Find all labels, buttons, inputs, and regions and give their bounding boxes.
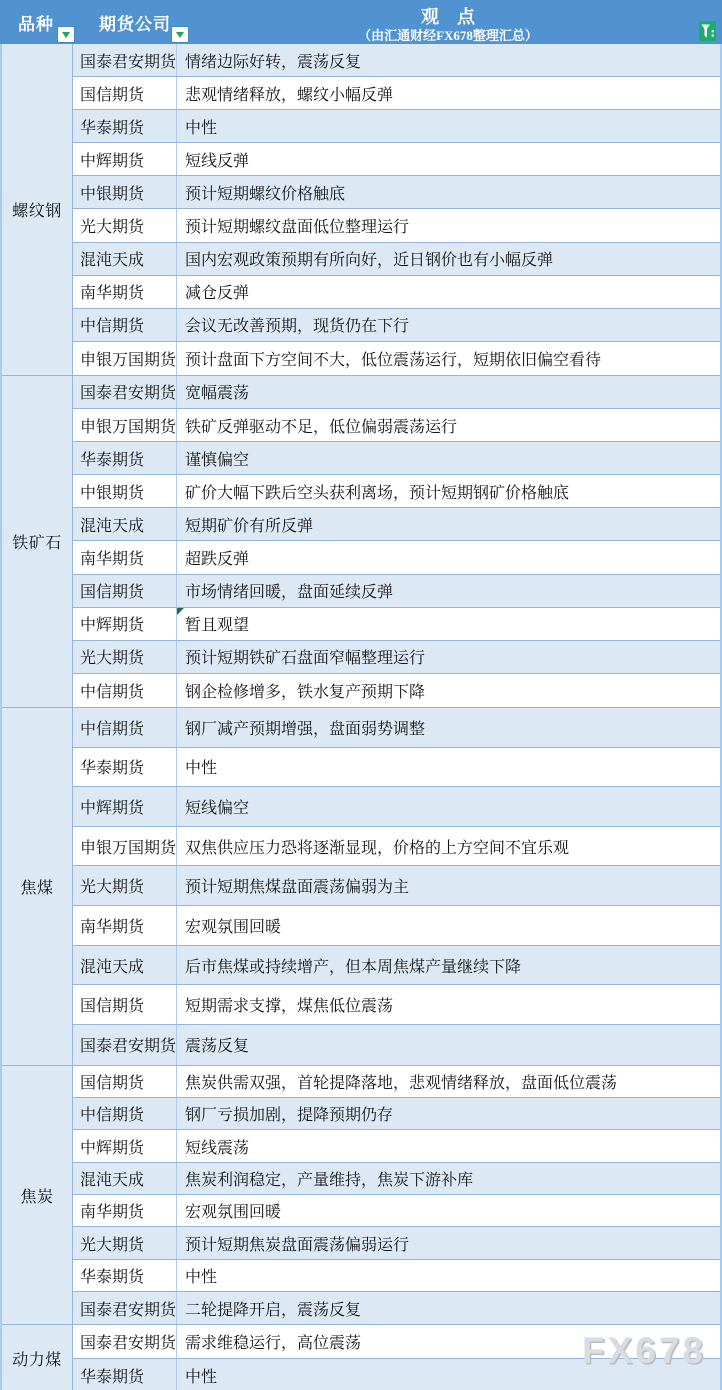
opinion-cell: 会议无改善预期，现货仍在下行 <box>177 309 720 341</box>
table-row: 光大期货预计短期焦炭盘面震荡偏弱运行 <box>73 1227 720 1259</box>
company-cell: 南华期货 <box>73 906 177 945</box>
opinion-cell: 情绪边际好转，震荡反复 <box>177 44 720 76</box>
opinion-cell: 悲观情绪释放，螺纹小幅反弹 <box>177 77 720 109</box>
variety-filter-dropdown-button[interactable] <box>58 27 74 42</box>
section-rows: 中信期货钢厂减产预期增强，盘面弱势调整华泰期货中性中辉期货短线偏空申银万国期货双… <box>73 708 720 1065</box>
table-row: 国信期货市场情绪回暖，盘面延续反弹 <box>73 575 720 608</box>
company-cell: 中银期货 <box>73 176 177 208</box>
company-cell: 中辉期货 <box>73 143 177 175</box>
opinion-cell: 宽幅震荡 <box>177 376 720 408</box>
variety-column-header: 品种 <box>18 10 54 35</box>
variety-cell: 动力煤 <box>2 1325 73 1390</box>
company-cell: 国泰君安期货 <box>73 44 177 76</box>
table-row: 国泰君安期货二轮提降开启，震荡反复 <box>73 1292 720 1324</box>
company-column-header: 期货公司 <box>99 10 171 35</box>
opinion-cell: 中性 <box>177 748 720 787</box>
opinion-cell: 宏观氛围回暖 <box>177 1195 720 1226</box>
futures-opinions-spreadsheet: 品种 期货公司 观 点 （由汇通财经FX678整理汇总） 螺纹钢国泰君安期货情绪… <box>0 0 722 1390</box>
table-row: 光大期货预计短期铁矿石盘面窄幅整理运行 <box>73 641 720 674</box>
table-row: 中信期货会议无改善预期，现货仍在下行 <box>73 309 720 342</box>
opinion-cell: 市场情绪回暖，盘面延续反弹 <box>177 575 720 607</box>
table-row: 中银期货矿价大幅下跌后空头获利离场，预计短期钢矿价格触底 <box>73 475 720 508</box>
opinion-cell: 震荡反复 <box>177 1025 720 1065</box>
opinion-cell: 短线震荡 <box>177 1130 720 1161</box>
company-cell: 中辉期货 <box>73 608 177 640</box>
table-row: 混沌天成国内宏观政策预期有所向好，近日钢价也有小幅反弹 <box>73 243 720 276</box>
company-cell: 光大期货 <box>73 1227 177 1258</box>
cell-comment-indicator <box>177 608 184 615</box>
opinion-column-subtitle: （由汇通财经FX678整理汇总） <box>178 25 718 44</box>
company-cell: 国泰君安期货 <box>73 376 177 408</box>
opinion-cell: 铁矿反弹驱动不足，低位偏弱震荡运行 <box>177 409 720 441</box>
table-row: 国信期货焦炭供需双强，首轮提降落地，悲观情绪释放，盘面低位震荡 <box>73 1066 720 1098</box>
table-row: 南华期货减仓反弹 <box>73 276 720 309</box>
commodity-section: 动力煤国泰君安期货需求维稳运行，高位震荡华泰期货中性 <box>2 1325 720 1390</box>
opinion-cell: 预计盘面下方空间不大，低位震荡运行，短期依旧偏空看待 <box>177 342 720 375</box>
table-row: 南华期货宏观氛围回暖 <box>73 906 720 946</box>
variety-label: 螺纹钢 <box>12 198 62 221</box>
company-cell: 申银万国期货 <box>73 342 177 375</box>
table-row: 华泰期货中性 <box>73 748 720 788</box>
company-cell: 南华期货 <box>73 541 177 573</box>
company-cell: 华泰期货 <box>73 748 177 787</box>
table-row: 中信期货钢企检修增多，铁水复产预期下降 <box>73 674 720 707</box>
opinion-cell: 超跌反弹 <box>177 541 720 573</box>
opinion-cell: 预计短期焦炭盘面震荡偏弱运行 <box>177 1227 720 1258</box>
company-cell: 申银万国期货 <box>73 409 177 441</box>
table-row: 国信期货短期需求支撑，煤焦低位震荡 <box>73 985 720 1025</box>
table-row: 中辉期货短线反弹 <box>73 143 720 176</box>
variety-label: 动力煤 <box>12 1347 62 1370</box>
table-row: 申银万国期货铁矿反弹驱动不足，低位偏弱震荡运行 <box>73 409 720 442</box>
opinion-cell: 中性 <box>177 1359 720 1390</box>
company-cell: 国泰君安期货 <box>73 1025 177 1065</box>
opinion-cell: 焦炭利润稳定，产量维持，焦炭下游补库 <box>177 1163 720 1194</box>
opinion-cell: 预计短期铁矿石盘面窄幅整理运行 <box>177 641 720 673</box>
company-cell: 国信期货 <box>73 1066 177 1097</box>
table-row: 中信期货钢厂亏损加剧，提降预期仍存 <box>73 1098 720 1130</box>
company-cell: 中信期货 <box>73 309 177 341</box>
table-row: 混沌天成短期矿价有所反弹 <box>73 508 720 541</box>
opinion-cell: 需求维稳运行，高位震荡 <box>177 1325 720 1358</box>
commodity-section: 焦炭国信期货焦炭供需双强，首轮提降落地，悲观情绪释放，盘面低位震荡中信期货钢厂亏… <box>2 1066 720 1326</box>
opinion-cell: 后市焦煤或持续增产，但本周焦煤产量继续下降 <box>177 946 720 985</box>
variety-cell: 焦煤 <box>2 708 73 1065</box>
company-cell: 南华期货 <box>73 1195 177 1226</box>
opinion-cell: 中性 <box>177 1260 720 1291</box>
company-cell: 中信期货 <box>73 1098 177 1129</box>
opinion-cell: 宏观氛围回暖 <box>177 906 720 945</box>
table-row: 中辉期货暂且观望 <box>73 608 720 641</box>
company-cell: 中信期货 <box>73 674 177 707</box>
company-cell: 中信期货 <box>73 708 177 747</box>
opinion-cell: 短线偏空 <box>177 787 720 826</box>
company-cell: 混沌天成 <box>73 946 177 985</box>
opinion-cell: 短期需求支撑，煤焦低位震荡 <box>177 985 720 1024</box>
company-cell: 华泰期货 <box>73 442 177 474</box>
table-header: 品种 期货公司 观 点 （由汇通财经FX678整理汇总） <box>0 0 722 44</box>
opinion-cell: 双焦供应压力恐将逐渐显现，价格的上方空间不宜乐观 <box>177 827 720 866</box>
opinion-cell: 矿价大幅下跌后空头获利离场，预计短期钢矿价格触底 <box>177 475 720 507</box>
variety-cell: 铁矿石 <box>2 376 73 707</box>
table-row: 中辉期货短线偏空 <box>73 787 720 827</box>
table-filter-button[interactable] <box>699 21 716 41</box>
chevron-down-icon <box>62 32 70 38</box>
table-row: 混沌天成焦炭利润稳定，产量维持，焦炭下游补库 <box>73 1163 720 1195</box>
table-row: 申银万国期货预计盘面下方空间不大，低位震荡运行，短期依旧偏空看待 <box>73 342 720 375</box>
table-row: 国泰君安期货情绪边际好转，震荡反复 <box>73 44 720 77</box>
table-row: 南华期货宏观氛围回暖 <box>73 1195 720 1227</box>
opinion-cell: 暂且观望 <box>177 608 720 640</box>
company-cell: 国信期货 <box>73 985 177 1024</box>
variety-cell: 螺纹钢 <box>2 44 73 375</box>
company-cell: 光大期货 <box>73 866 177 905</box>
company-cell: 南华期货 <box>73 276 177 308</box>
table-row: 国信期货悲观情绪释放，螺纹小幅反弹 <box>73 77 720 110</box>
section-rows: 国泰君安期货需求维稳运行，高位震荡华泰期货中性 <box>73 1325 720 1390</box>
table-row: 华泰期货中性 <box>73 1359 720 1390</box>
company-cell: 国信期货 <box>73 575 177 607</box>
table-row: 华泰期货谨慎偏空 <box>73 442 720 475</box>
variety-label: 铁矿石 <box>12 530 62 553</box>
table-row: 国泰君安期货需求维稳运行，高位震荡 <box>73 1325 720 1359</box>
opinion-cell: 谨慎偏空 <box>177 442 720 474</box>
company-cell: 华泰期货 <box>73 1260 177 1291</box>
opinion-cell: 减仓反弹 <box>177 276 720 308</box>
opinion-cell: 焦炭供需双强，首轮提降落地，悲观情绪释放，盘面低位震荡 <box>177 1066 720 1097</box>
commodity-section: 螺纹钢国泰君安期货情绪边际好转，震荡反复国信期货悲观情绪释放，螺纹小幅反弹华泰期… <box>2 44 720 376</box>
company-cell: 中辉期货 <box>73 1130 177 1161</box>
commodity-section: 铁矿石国泰君安期货宽幅震荡申银万国期货铁矿反弹驱动不足，低位偏弱震荡运行华泰期货… <box>2 376 720 708</box>
company-cell: 中辉期货 <box>73 787 177 826</box>
opinion-cell: 二轮提降开启，震荡反复 <box>177 1292 720 1324</box>
company-cell: 混沌天成 <box>73 508 177 540</box>
opinion-cell: 钢厂亏损加剧，提降预期仍存 <box>177 1098 720 1129</box>
opinion-cell: 预计短期焦煤盘面震荡偏弱为主 <box>177 866 720 905</box>
company-cell: 申银万国期货 <box>73 827 177 866</box>
company-cell: 国泰君安期货 <box>73 1292 177 1324</box>
company-cell: 中银期货 <box>73 475 177 507</box>
variety-cell: 焦炭 <box>2 1066 73 1325</box>
company-cell: 华泰期货 <box>73 110 177 142</box>
company-cell: 华泰期货 <box>73 1359 177 1390</box>
table-row: 国泰君安期货宽幅震荡 <box>73 376 720 409</box>
opinion-cell: 预计短期螺纹盘面低位整理运行 <box>177 209 720 241</box>
section-rows: 国泰君安期货宽幅震荡申银万国期货铁矿反弹驱动不足，低位偏弱震荡运行华泰期货谨慎偏… <box>73 376 720 707</box>
company-cell: 混沌天成 <box>73 1163 177 1194</box>
opinion-cell: 预计短期螺纹价格触底 <box>177 176 720 208</box>
opinion-cell: 国内宏观政策预期有所向好，近日钢价也有小幅反弹 <box>177 243 720 275</box>
company-cell: 光大期货 <box>73 641 177 673</box>
company-cell: 混沌天成 <box>73 243 177 275</box>
variety-label: 焦炭 <box>20 1184 53 1207</box>
opinion-cell: 中性 <box>177 110 720 142</box>
table-row: 中信期货钢厂减产预期增强，盘面弱势调整 <box>73 708 720 748</box>
opinion-cell: 短期矿价有所反弹 <box>177 508 720 540</box>
table-row: 申银万国期货双焦供应压力恐将逐渐显现，价格的上方空间不宜乐观 <box>73 827 720 867</box>
opinion-cell: 短线反弹 <box>177 143 720 175</box>
table-row: 中辉期货短线震荡 <box>73 1130 720 1162</box>
filter-funnel-icon <box>701 24 714 39</box>
table-row: 南华期货超跌反弹 <box>73 541 720 574</box>
table-row: 光大期货预计短期焦煤盘面震荡偏弱为主 <box>73 866 720 906</box>
opinion-cell: 钢厂减产预期增强，盘面弱势调整 <box>177 708 720 747</box>
table-row: 国泰君安期货震荡反复 <box>73 1025 720 1065</box>
table-row: 华泰期货中性 <box>73 1260 720 1292</box>
table-row: 光大期货预计短期螺纹盘面低位整理运行 <box>73 209 720 242</box>
table-body: 螺纹钢国泰君安期货情绪边际好转，震荡反复国信期货悲观情绪释放，螺纹小幅反弹华泰期… <box>0 44 722 1390</box>
section-rows: 国泰君安期货情绪边际好转，震荡反复国信期货悲观情绪释放，螺纹小幅反弹华泰期货中性… <box>73 44 720 375</box>
table-row: 中银期货预计短期螺纹价格触底 <box>73 176 720 209</box>
company-cell: 国信期货 <box>73 77 177 109</box>
table-row: 华泰期货中性 <box>73 110 720 143</box>
company-cell: 光大期货 <box>73 209 177 241</box>
variety-label: 焦煤 <box>20 875 53 898</box>
commodity-section: 焦煤中信期货钢厂减产预期增强，盘面弱势调整华泰期货中性中辉期货短线偏空申银万国期… <box>2 708 720 1066</box>
opinion-cell: 钢企检修增多，铁水复产预期下降 <box>177 674 720 707</box>
table-row: 混沌天成后市焦煤或持续增产，但本周焦煤产量继续下降 <box>73 946 720 986</box>
company-cell: 国泰君安期货 <box>73 1325 177 1358</box>
section-rows: 国信期货焦炭供需双强，首轮提降落地，悲观情绪释放，盘面低位震荡中信期货钢厂亏损加… <box>73 1066 720 1325</box>
